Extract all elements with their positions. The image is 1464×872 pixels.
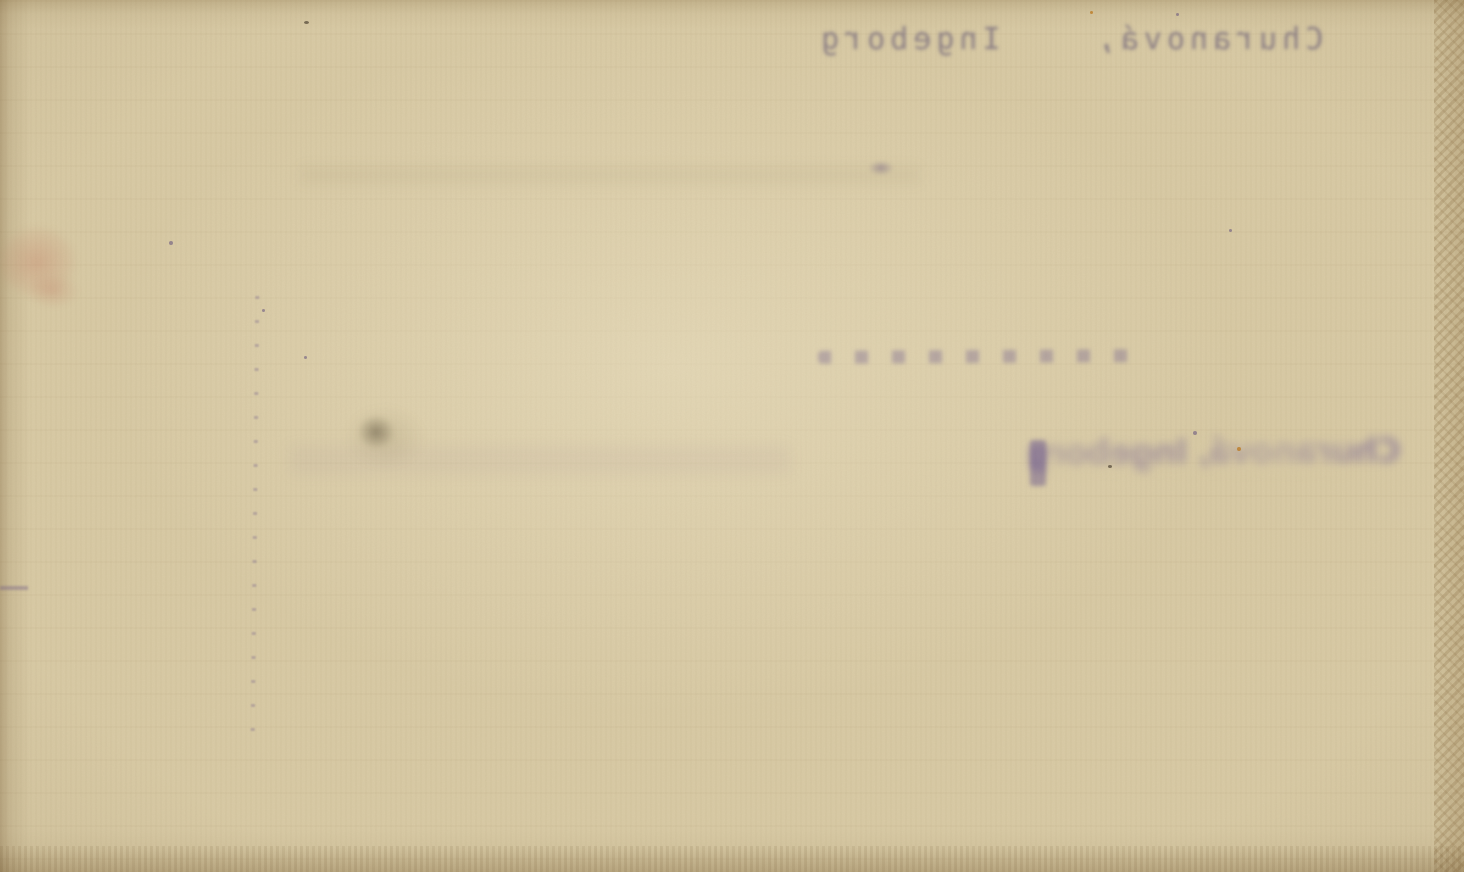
- gray-smudge-halo: [330, 395, 440, 480]
- purple-ink-dash: [0, 586, 28, 590]
- card-edge-texture-bottom: [0, 846, 1464, 872]
- ink-speck: [1229, 229, 1232, 232]
- purple-ink-smudge: [864, 158, 898, 178]
- ink-speck: [304, 21, 309, 24]
- stamp-ink-blot: [1030, 440, 1046, 486]
- ink-speck: [1090, 11, 1093, 14]
- gray-smudge: [352, 410, 400, 454]
- ink-speck: [1193, 431, 1197, 435]
- scanned-index-card-verso: Churanová, Ingeborg Churanová, Ingeborg: [0, 0, 1464, 872]
- ink-speck: [1176, 13, 1179, 16]
- stamp-smear-overlay: [1050, 440, 1350, 474]
- red-stain: [0, 212, 92, 312]
- ink-speck: [1237, 447, 1241, 451]
- ink-speck: [262, 309, 265, 312]
- bleedthrough-typed-name: Churanová, Ingeborg: [816, 22, 1323, 78]
- paper-grain-texture: [0, 0, 1464, 872]
- paper-discoloration-band: [290, 446, 790, 474]
- red-stain: [18, 268, 88, 314]
- ink-speck: [169, 241, 173, 245]
- ink-speck: [1108, 465, 1112, 468]
- paper-discoloration-band: [300, 166, 920, 184]
- vertical-crease-ink-trail: [251, 296, 260, 736]
- bleedthrough-dash-row: [818, 349, 1140, 364]
- bleedthrough-stamp-name: Churanová, Ingeborg: [1028, 431, 1401, 484]
- ink-speck: [304, 356, 307, 359]
- card-edge-texture-right: [1434, 0, 1464, 872]
